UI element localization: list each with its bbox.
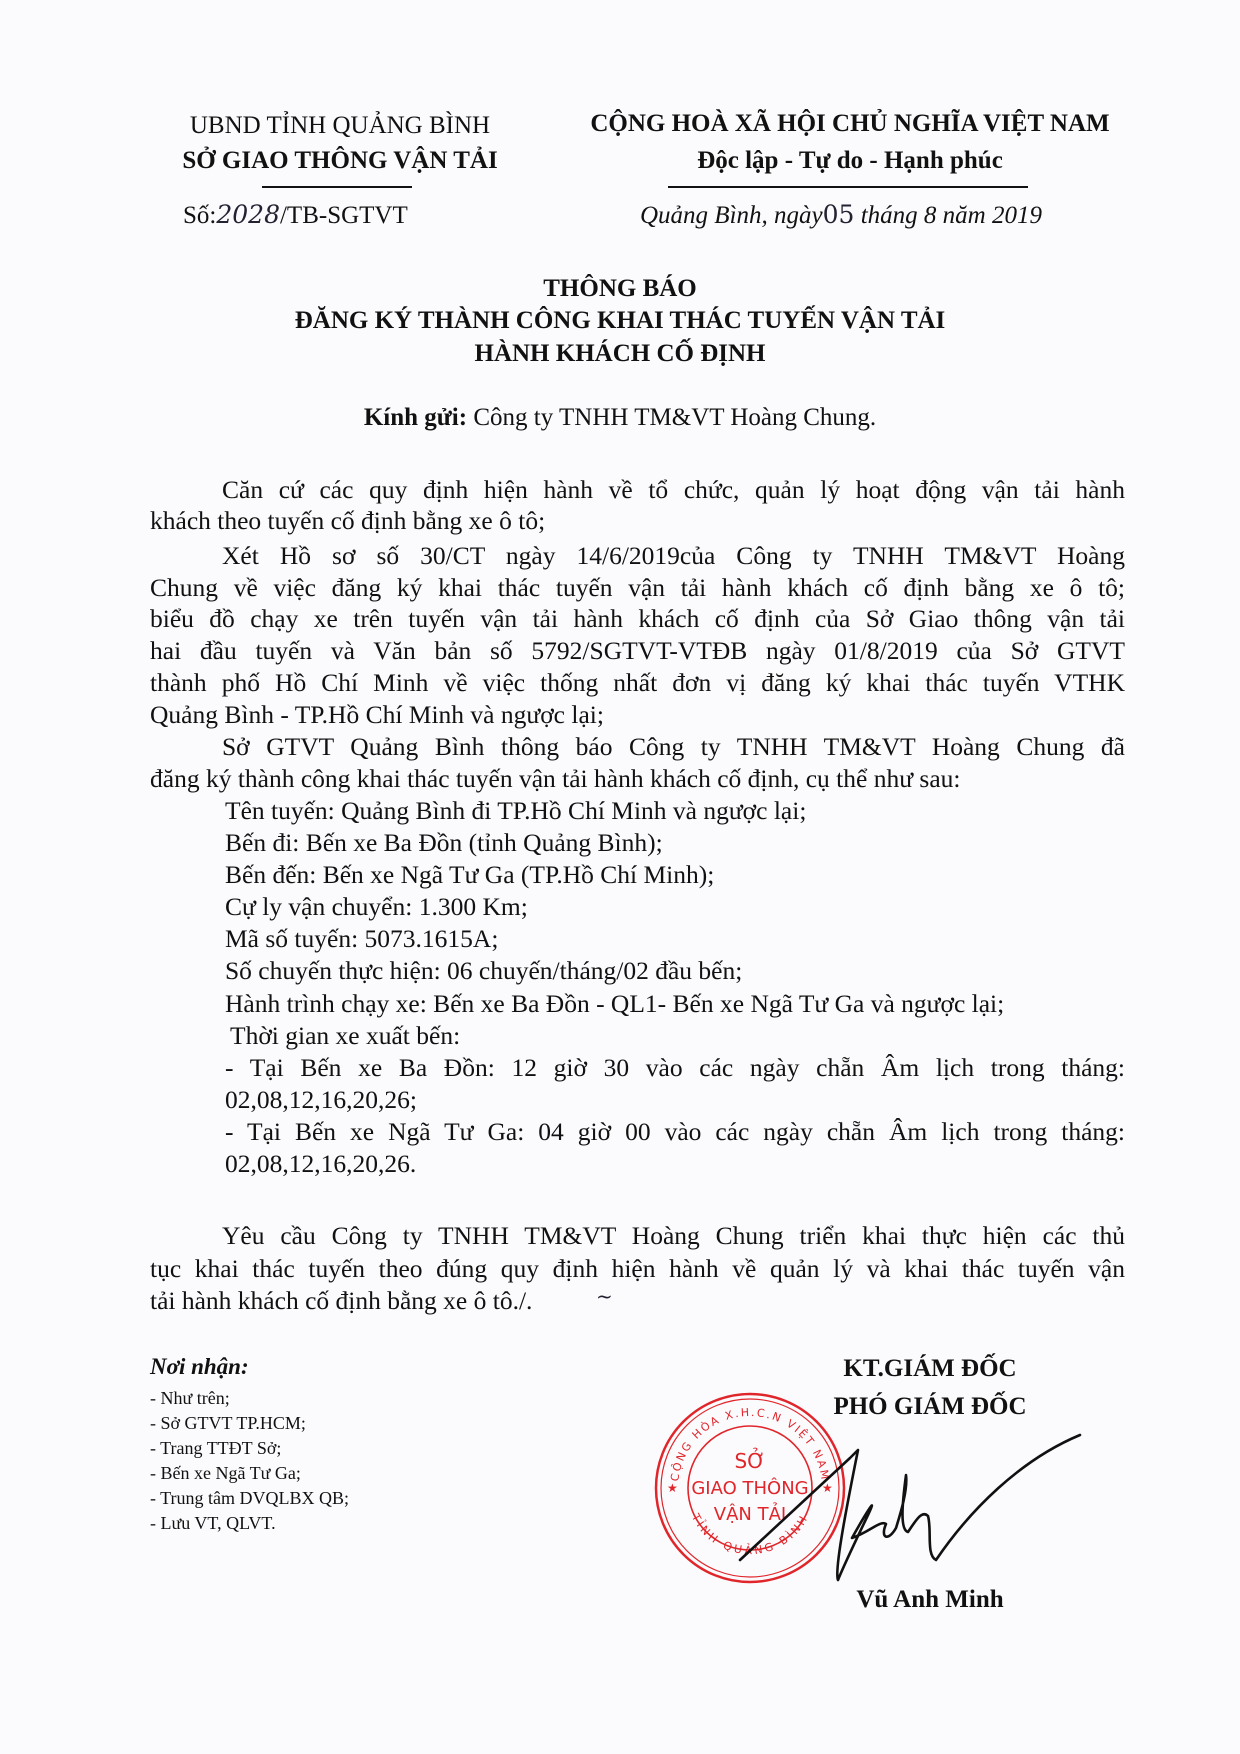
- body-line: - Tại Bến xe Ba Đồn: 12 giờ 30 vào các n…: [225, 1052, 1125, 1083]
- body-line: 02,08,12,16,20,26.: [225, 1148, 1125, 1179]
- issuing-department: SỞ GIAO THÔNG VẬN TẢI: [150, 147, 530, 175]
- body-line: Sở GTVT Quảng Bình thông báo Công ty TNH…: [222, 731, 1125, 762]
- national-motto: Độc lập - Tự do - Hạnh phúc: [560, 147, 1140, 175]
- recipient-item: - Sở GTVT TP.HCM;: [150, 1413, 306, 1434]
- body-line: Căn cứ các quy định hiện hành về tổ chức…: [222, 474, 1125, 505]
- recipient-item: - Bến xe Ngã Tư Ga;: [150, 1463, 301, 1484]
- initials-mark-icon: ~: [596, 1284, 613, 1308]
- header-right-underline: [668, 186, 1028, 188]
- title-line-3: HÀNH KHÁCH CỐ ĐỊNH: [0, 340, 1240, 368]
- body-line: Thời gian xe xuất bến:: [230, 1020, 1125, 1051]
- recipient-label: Kính gửi:: [364, 404, 467, 431]
- handwritten-signature-icon: [730, 1420, 1100, 1590]
- signatory-title-1: KT.GIÁM ĐỐC: [730, 1355, 1130, 1383]
- recipient-item: - Lưu VT, QLVT.: [150, 1513, 276, 1534]
- document-date: Quảng Bình, ngày05 tháng 8 năm 2019: [640, 200, 1042, 230]
- body-line: Chung về việc đăng ký khai thác tuyến vậ…: [150, 572, 1125, 603]
- recipient-line: Kính gửi: Công ty TNHH TM&VT Hoàng Chung…: [0, 404, 1240, 432]
- body-line: tục khai thác tuyến theo đúng quy định h…: [150, 1253, 1125, 1284]
- doc-number-prefix: Số:: [183, 202, 216, 229]
- body-line: Tên tuyến: Quảng Bình đi TP.Hồ Chí Minh …: [225, 795, 1125, 826]
- recipient-item: - Như trên;: [150, 1388, 230, 1409]
- body-line: hai đầu tuyến và Văn bản số 5792/SGTVT-V…: [150, 635, 1125, 666]
- doc-number-suffix: /TB-SGTVT: [280, 202, 408, 229]
- date-suffix: tháng 8 năm 2019: [861, 202, 1042, 229]
- body-line: 02,08,12,16,20,26;: [225, 1084, 1125, 1115]
- issuing-authority: UBND TỈNH QUẢNG BÌNH: [150, 112, 530, 140]
- svg-text:★: ★: [667, 1481, 678, 1495]
- document-number: Số:2028/TB-SGTVT: [183, 200, 408, 230]
- national-title: CỘNG HOÀ XÃ HỘI CHỦ NGHĨA VIỆT NAM: [560, 110, 1140, 138]
- title-line-1: THÔNG BÁO: [0, 275, 1240, 303]
- recipient-item: - Trang TTĐT Sở;: [150, 1438, 281, 1459]
- doc-number-handwritten: 2028: [216, 200, 280, 229]
- body-line: Số chuyến thực hiện: 06 chuyến/tháng/02 …: [225, 955, 1125, 986]
- body-line: đăng ký thành công khai thác tuyến vận t…: [150, 763, 1125, 794]
- body-line: Xét Hồ sơ số 30/CT ngày 14/6/2019của Côn…: [222, 540, 1125, 571]
- body-line: - Tại Bến xe Ngã Tư Ga: 04 giờ 00 vào cá…: [225, 1116, 1125, 1147]
- title-line-2: ĐĂNG KÝ THÀNH CÔNG KHAI THÁC TUYẾN VẬN T…: [0, 307, 1240, 335]
- body-line: Hành trình chạy xe: Bến xe Ba Đồn - QL1-…: [225, 988, 1125, 1019]
- body-line: Bến đi: Bến xe Ba Đồn (tỉnh Quảng Bình);: [225, 827, 1125, 858]
- signatory-name: Vũ Anh Minh: [730, 1586, 1130, 1614]
- body-line: tải hành khách cố định bằng xe ô tô./.: [150, 1285, 1125, 1316]
- date-day-handwritten: 05: [823, 200, 855, 229]
- header-left-underline: [262, 186, 412, 188]
- body-line: Bến đến: Bến xe Ngã Tư Ga (TP.Hồ Chí Min…: [225, 859, 1125, 890]
- body-line: biểu đồ chạy xe trên tuyến vận tải hành …: [150, 603, 1125, 634]
- recipients-heading: Nơi nhận:: [150, 1354, 249, 1380]
- body-line: thành phố Hồ Chí Minh về việc thống nhất…: [150, 667, 1125, 698]
- recipient-item: - Trung tâm DVQLBX QB;: [150, 1488, 349, 1509]
- recipient-value: Công ty TNHH TM&VT Hoàng Chung.: [473, 404, 876, 431]
- body-line: Mã số tuyến: 5073.1615A;: [225, 923, 1125, 954]
- date-prefix: Quảng Bình, ngày: [640, 202, 823, 229]
- body-line: Yêu cầu Công ty TNHH TM&VT Hoàng Chung t…: [222, 1220, 1125, 1251]
- body-line: khách theo tuyến cố định bằng xe ô tô;: [150, 505, 1125, 536]
- body-line: Cự ly vận chuyển: 1.300 Km;: [225, 891, 1125, 922]
- body-line: Quảng Bình - TP.Hồ Chí Minh và ngược lại…: [150, 699, 1125, 730]
